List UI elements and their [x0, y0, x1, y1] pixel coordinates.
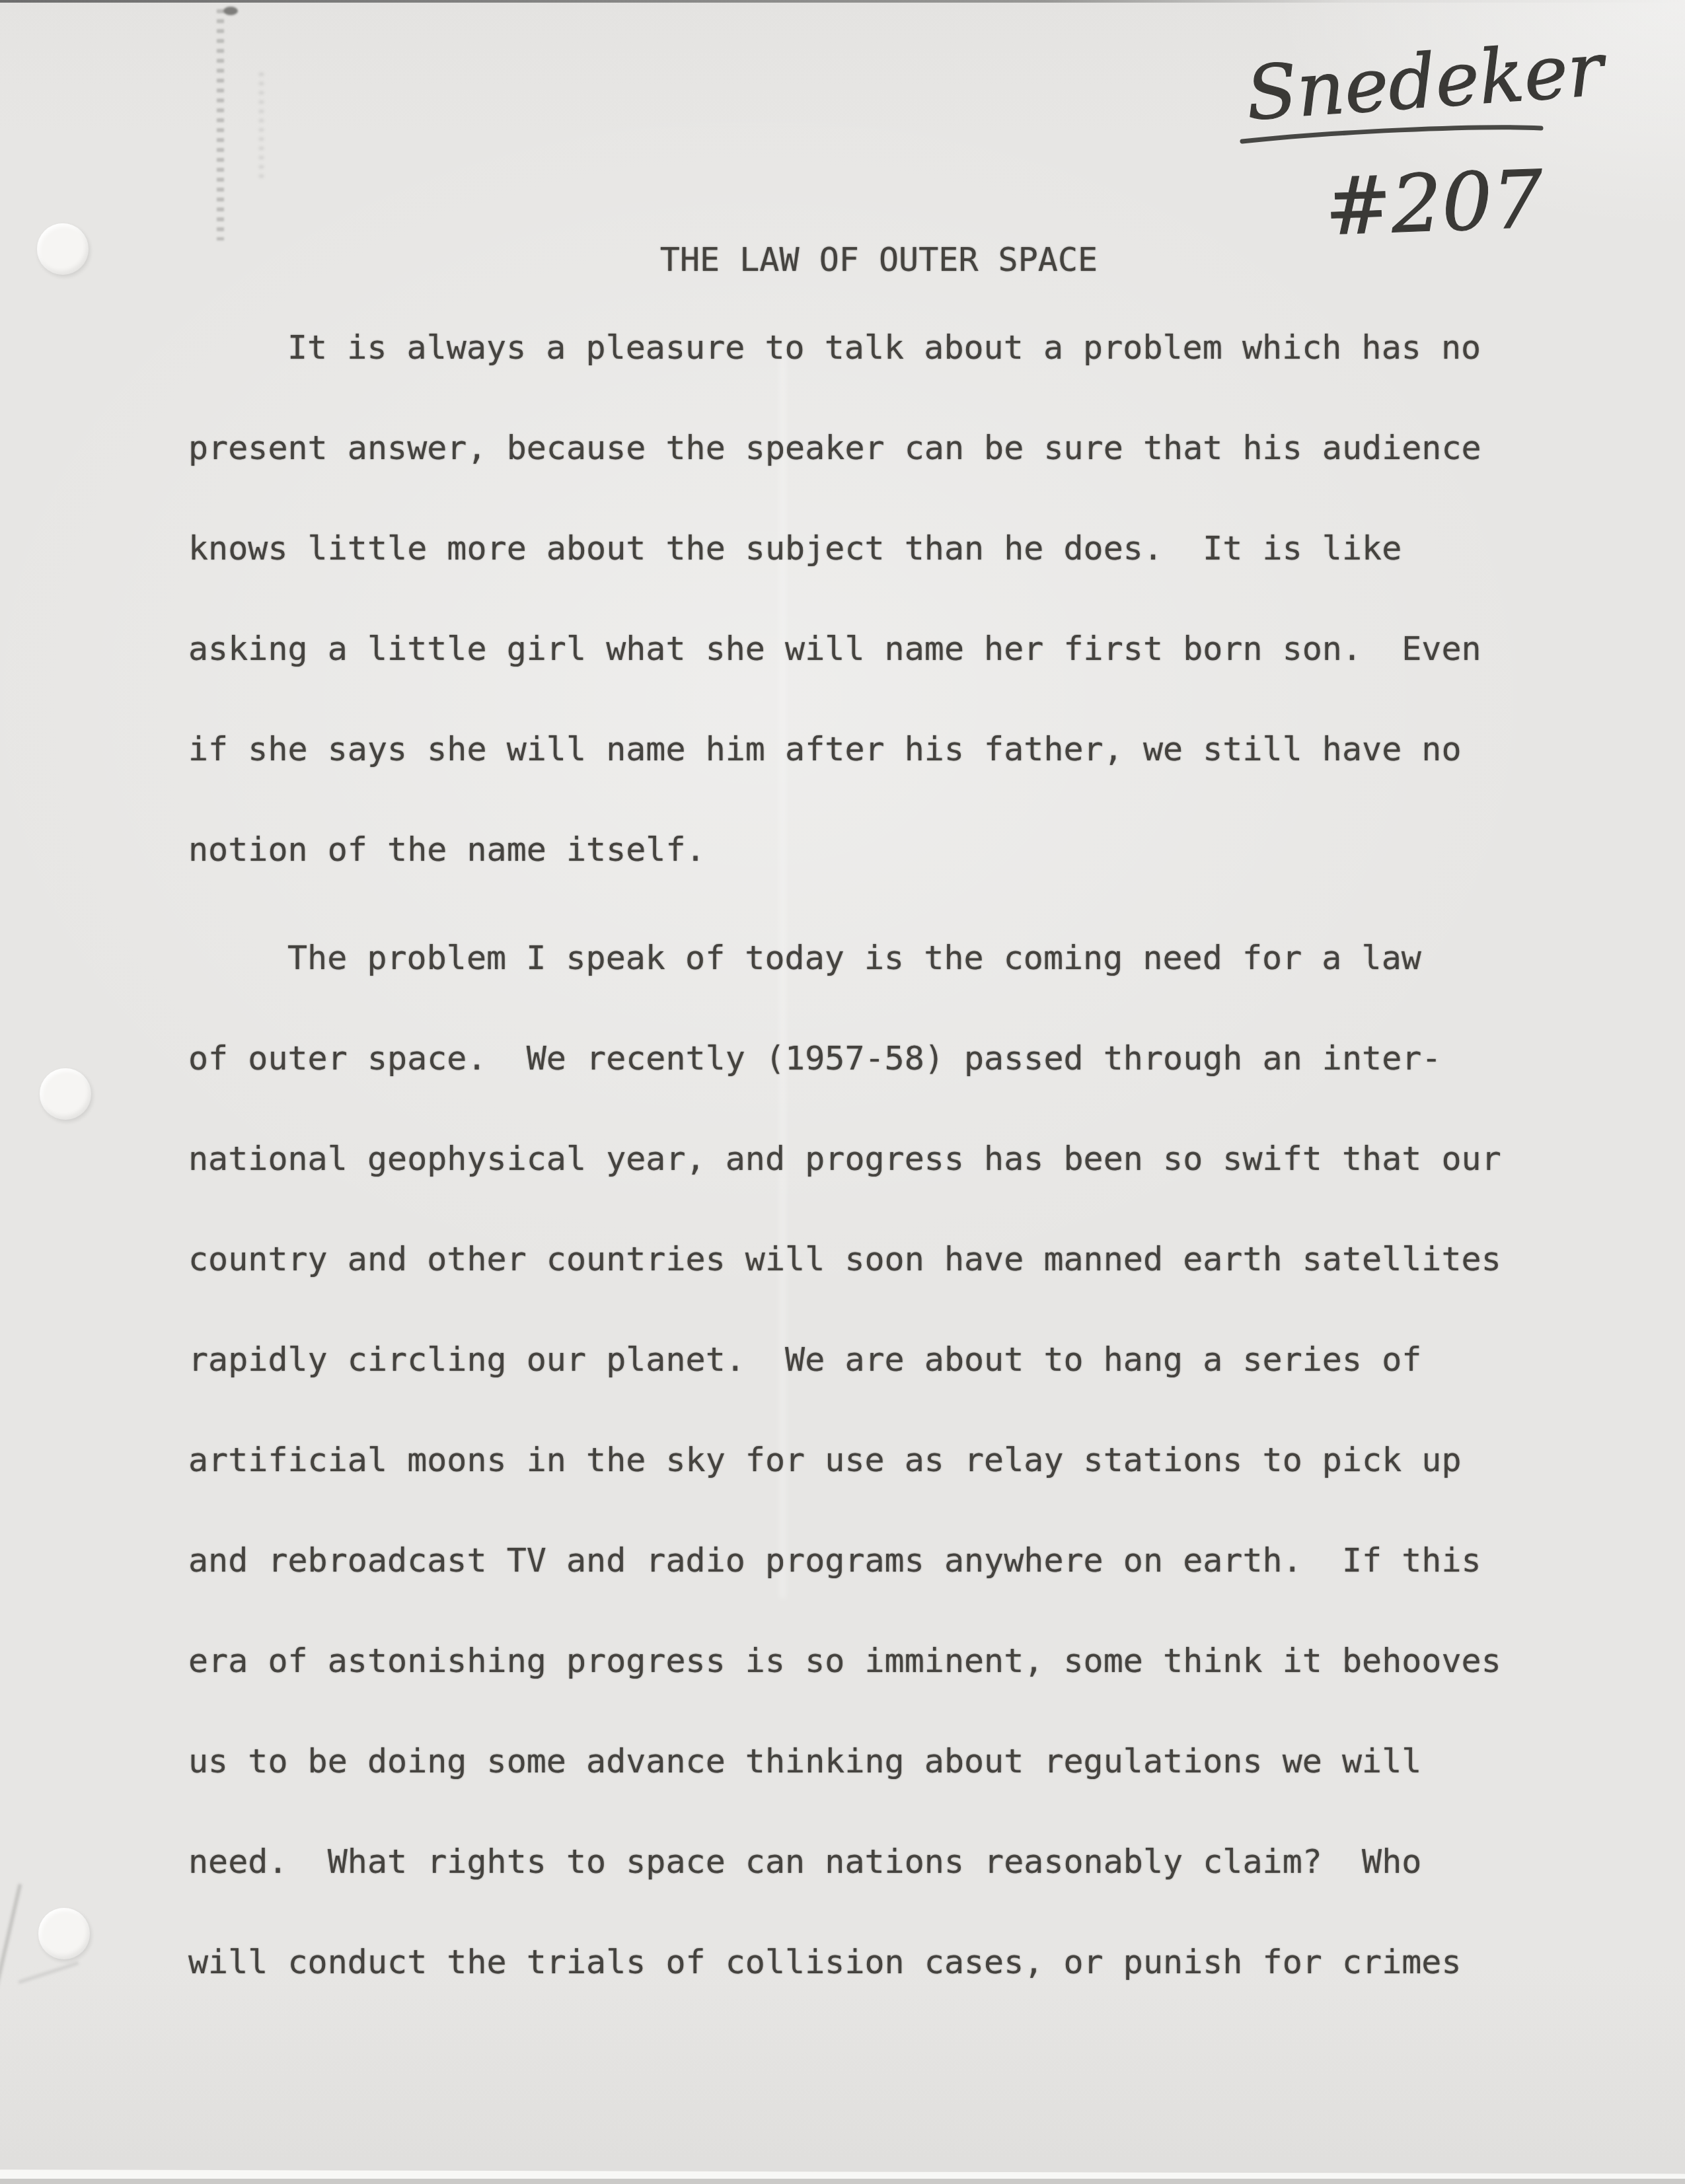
document-body: It is always a pleasure to talk about a …: [0, 0, 1685, 2184]
text-line: knows little more about the subject than…: [188, 529, 1402, 567]
text-line: country and other countries will soon ha…: [188, 1240, 1501, 1278]
text-line: asking a little girl what she will name …: [188, 630, 1481, 668]
text-line: present answer, because the speaker can …: [188, 429, 1481, 467]
text-line: The problem I speak of today is the comi…: [188, 939, 1421, 977]
text-line: It is always a pleasure to talk about a …: [188, 328, 1481, 367]
text-line: rapidly circling our planet. We are abou…: [188, 1340, 1421, 1379]
text-line: will conduct the trials of collision cas…: [188, 1943, 1462, 1981]
text-line: artificial moons in the sky for use as r…: [188, 1441, 1462, 1479]
text-line: era of astonishing progress is so immine…: [188, 1642, 1501, 1680]
text-line: national geophysical year, and progress …: [188, 1140, 1501, 1178]
text-line: us to be doing some advance thinking abo…: [188, 1742, 1421, 1780]
text-line: of outer space. We recently (1957-58) pa…: [188, 1039, 1441, 1077]
text-line: and rebroadcast TV and radio programs an…: [188, 1541, 1481, 1580]
scanned-document-page: Snedeker #207 THE LAW OF OUTER SPACE It …: [0, 0, 1685, 2184]
scanner-bed-strip: [0, 2179, 1685, 2184]
text-line: if she says she will name him after his …: [188, 730, 1462, 768]
text-line: notion of the name itself.: [188, 830, 706, 869]
text-line: need. What rights to space can nations r…: [188, 1842, 1421, 1881]
